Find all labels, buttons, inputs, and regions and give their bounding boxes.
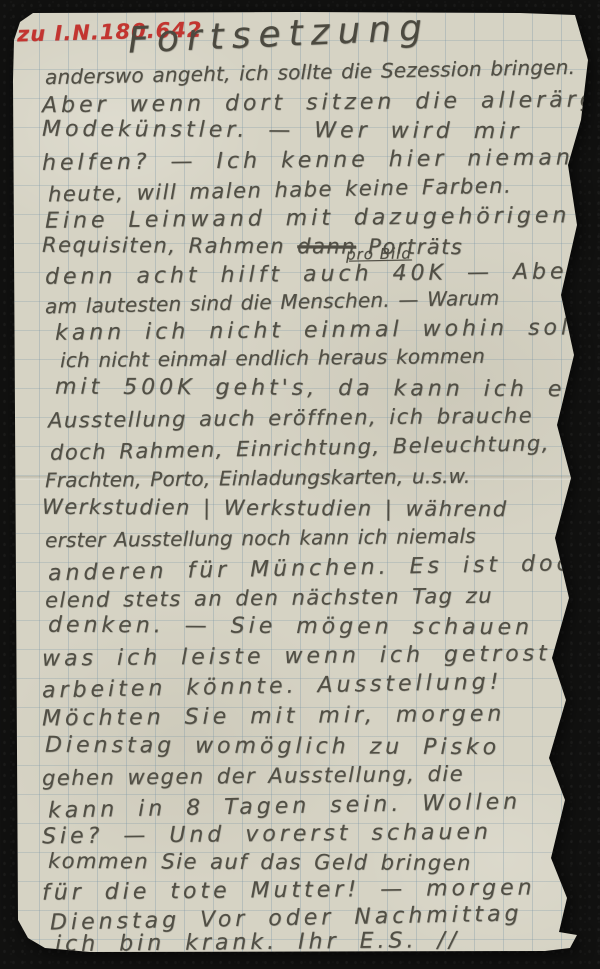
handwritten-line: gehen wegen der Ausstellung, die	[42, 764, 464, 789]
paper-shadow-wrap: zu I.N.180.642 Fortsetzung anderswo ange…	[0, 0, 600, 969]
handwritten-line: Ausstellung auch eröffnen, ich brauche	[48, 405, 533, 431]
handwritten-line: Sie? — Und vorerst schauen	[42, 822, 492, 849]
handwritten-line: doch Rahmen, Einrichtung, Beleuchtung,	[50, 433, 550, 464]
handwritten-line: für die tote Mutter! — morgen	[42, 877, 536, 904]
handwritten-line: mit 500K geht's, da kann ich eine	[55, 377, 600, 402]
handwritten-line: Aber wenn dort sitzen die allerärgsten	[42, 89, 600, 117]
letter-heading: Fortsetzung	[127, 7, 431, 61]
handwritten-line: was ich leiste wenn ich getrost	[42, 643, 551, 670]
handwritten-line: denken. — Sie mögen schauen	[48, 615, 533, 640]
handwritten-line: Frachten, Porto, Einladungskarten, u.s.w…	[45, 466, 471, 490]
handwritten-line: am lautesten sind die Menschen. — Warum	[45, 288, 500, 317]
handwritten-line: ich nicht einmal endlich heraus kommen	[60, 346, 485, 370]
handwritten-line: Dienstag womöglich zu Pisko	[45, 735, 500, 759]
letter-page: zu I.N.180.642 Fortsetzung anderswo ange…	[11, 12, 589, 952]
handwritten-line: Modekünstler. — Wer wird mir	[42, 119, 522, 144]
handwritten-line: erster Ausstellung noch kann ich niemals	[45, 526, 476, 551]
handwritten-line: heute, will malen habe keine Farben.	[48, 176, 513, 206]
handwritten-line: denn acht hilft auch 40K — Aber	[45, 261, 581, 289]
handwritten-line: helfen? — Ich kenne hier niemand	[42, 147, 592, 175]
handwritten-line: kommen Sie auf das Geld bringen	[48, 851, 472, 874]
scan-background: zu I.N.180.642 Fortsetzung anderswo ange…	[0, 0, 600, 969]
handwritten-line: kann ich nicht einmal wohin soll	[55, 317, 581, 345]
handwritten-line: anderswo angeht, ich sollte die Sezessio…	[45, 57, 575, 87]
handwritten-line: anderen für München. Es ist doch	[48, 553, 591, 585]
handwritten-line: arbeiten könnte. Ausstellung!	[42, 672, 503, 703]
signature-line: ich bin krank. Ihr E.S. //	[55, 930, 460, 956]
line-pre-text: Requisiten, Rahmen	[42, 233, 297, 258]
handwritten-line: Werkstudien | Werkstudien | während	[42, 497, 508, 520]
handwritten-line: Möchten Sie mit mir, morgen	[42, 704, 505, 731]
handwritten-line: Eine Leinwand mit dazugehörigen	[45, 205, 571, 232]
handwritten-line: elend stets an den nächsten Tag zu	[45, 586, 493, 612]
handwritten-line: kann in 8 Tagen sein. Wollen	[48, 791, 521, 822]
